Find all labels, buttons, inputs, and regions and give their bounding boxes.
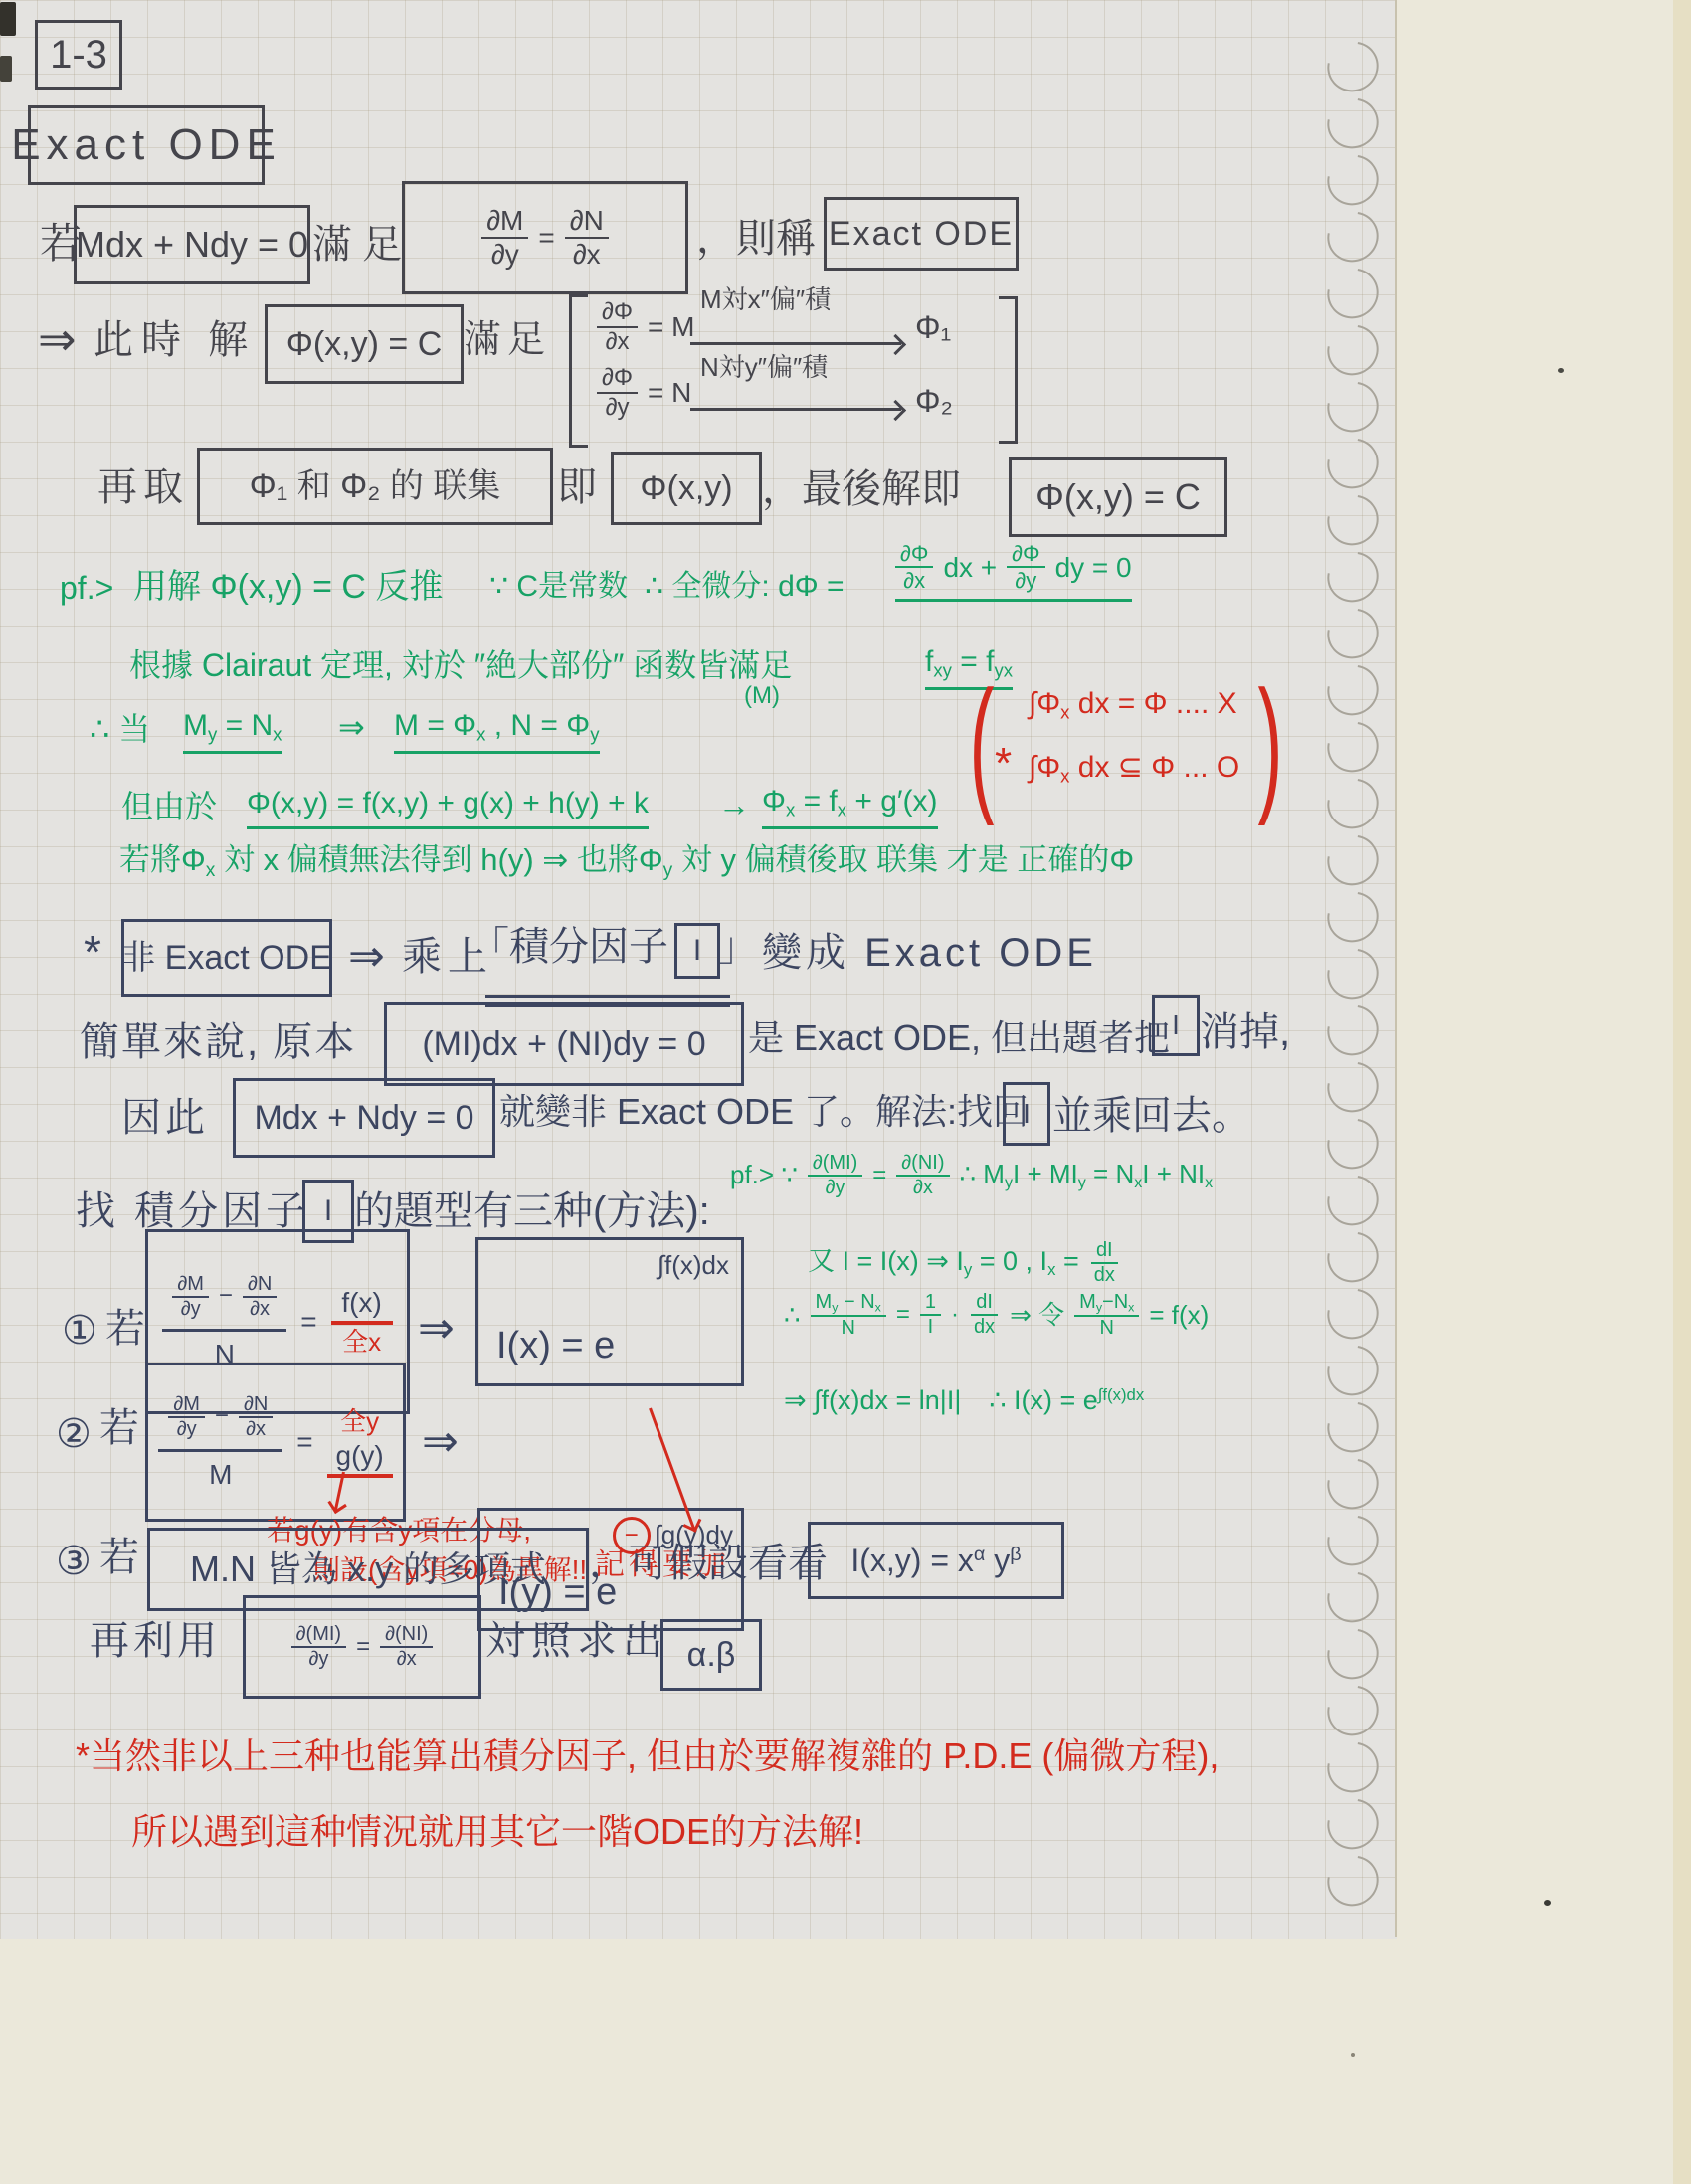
denominator: ∂y bbox=[486, 239, 524, 271]
row6-multiply-back: 並乘回去。 bbox=[1052, 1092, 1251, 1140]
numerator: ∂Φ bbox=[895, 541, 933, 568]
phi-x-equation: ∂Φ∂x = M bbox=[597, 298, 694, 355]
exponent: ∫f(x)dx bbox=[1098, 1385, 1144, 1404]
page-number-box: 1-3 bbox=[35, 20, 122, 90]
phix-equation: Φx = fx + g′(x) bbox=[762, 784, 938, 829]
row4-quote-open: 「積分因子 bbox=[470, 923, 668, 971]
method2-number: ② bbox=[56, 1410, 92, 1458]
pf-marker: pf.> ∵ bbox=[730, 1160, 798, 1190]
denominator: ∂x bbox=[241, 1418, 271, 1441]
dPhi-dy-fraction: ∂Φ∂y bbox=[1007, 541, 1044, 594]
proof-implies: ⇒ bbox=[338, 708, 365, 746]
proof-since: ∵ C是常数 bbox=[489, 569, 628, 605]
left-bracket bbox=[569, 294, 588, 448]
total-differential-formula: ∂Φ∂x dx + ∂Φ∂y dy = 0 bbox=[895, 541, 1132, 602]
proof-use: 用解 Φ(x,y) = C 反推 bbox=[133, 567, 443, 608]
my-nx-over-n: My − NxN bbox=[811, 1291, 886, 1340]
row4-becomes: 變成 Exact ODE bbox=[762, 929, 1097, 977]
denominator: ∂y bbox=[601, 394, 635, 422]
dM-dy-fraction: ∂M∂y bbox=[172, 1273, 209, 1321]
union-box: Φ₁ 和 Φ₂ 的 联集 bbox=[197, 448, 553, 525]
mi-ni-equation: (MI)dx + (NI)dy = 0 bbox=[422, 1024, 705, 1065]
equals-sign: = bbox=[872, 1162, 886, 1190]
phi-y-equation: ∂Φ∂y = N bbox=[597, 364, 691, 421]
method3-number: ③ bbox=[56, 1538, 92, 1585]
dMI-dy-fraction: ∂(MI)∂y bbox=[808, 1152, 862, 1199]
integration-arrow-1 bbox=[690, 342, 901, 345]
final-solution: Φ(x,y) = C bbox=[1035, 475, 1201, 518]
method2-condition-box: ∂M∂y − ∂N∂x M = 全y g(y) bbox=[145, 1363, 406, 1522]
scan-speck bbox=[1558, 368, 1564, 373]
polynomial-condition: M.N 皆為 x.y 的多項式 bbox=[190, 1547, 546, 1590]
row7-types: 的題型有三种(方法): bbox=[354, 1187, 710, 1235]
denominator: dx bbox=[1089, 1264, 1120, 1287]
expanded-equation: ∴ MyI + MIy = NxI + NIx bbox=[960, 1159, 1214, 1192]
equals-sign: = bbox=[896, 1301, 910, 1330]
aside-paren-left: ( bbox=[969, 668, 994, 818]
dI-dx-fraction: dIdx bbox=[969, 1291, 1000, 1339]
method3-compare: 対照求出 bbox=[485, 1617, 668, 1665]
numerator: ∂(NI) bbox=[896, 1152, 949, 1177]
all-x-note: 全x bbox=[342, 1327, 381, 1358]
dM-dy-fraction: ∂M∂y bbox=[168, 1393, 205, 1441]
numerator: 1 bbox=[920, 1291, 941, 1316]
method3-assume: ，可假設看看 bbox=[589, 1540, 828, 1587]
scan-speck bbox=[0, 2, 16, 36]
phi-solution-box: Φ(x,y) = C bbox=[265, 304, 464, 384]
phi1: Φ₁ bbox=[915, 308, 951, 346]
method3-condition: ∂(MI)∂y = ∂(NI)∂x bbox=[291, 1623, 434, 1671]
proof2-line3: ∴ My − NxN = 1I · dIdx ⇒ 令 My−NxN = f(x) bbox=[784, 1291, 1209, 1340]
denominator: I bbox=[923, 1316, 939, 1339]
dN-dx-fraction: ∂N∂x bbox=[565, 205, 609, 271]
phi-xy: Φ(x,y) bbox=[640, 468, 732, 509]
denominator: ∂x bbox=[601, 328, 635, 356]
red-underline bbox=[331, 1321, 393, 1325]
arrow2-label: N対y″偏″積 bbox=[700, 352, 828, 383]
ixy-box: I(x,y) = xα yβ bbox=[808, 1522, 1064, 1599]
clairaut-theorem: 根據 Clairaut 定理, 対於 ″絶大部份″ 函数皆滿足 bbox=[129, 646, 792, 684]
row3-finally: ，最後解即 bbox=[762, 465, 961, 513]
dPhi-dx-fraction: ∂Φ∂x bbox=[895, 541, 933, 594]
integration-arrow-2 bbox=[690, 408, 901, 411]
proof2-line4: ⇒ ∫f(x)dx = ln|I| ∴ I(x) = e∫f(x)dx bbox=[784, 1384, 1144, 1416]
method1-if: 若 bbox=[105, 1305, 145, 1353]
right-bracket bbox=[999, 296, 1018, 444]
numerator: dI bbox=[1091, 1239, 1118, 1264]
denominator: dx bbox=[969, 1316, 1000, 1339]
gy-function: g(y) bbox=[336, 1439, 384, 1473]
denominator: ∂x bbox=[245, 1298, 275, 1321]
arrow1-label: M対x″偏″積 bbox=[700, 284, 831, 315]
numerator: ∂(MI) bbox=[291, 1623, 346, 1648]
ixy-assumption: I(x,y) = xα yβ bbox=[850, 1542, 1021, 1579]
row2-this-solution: 此時 解 bbox=[94, 316, 256, 364]
row1-satisfies: 滿足 bbox=[312, 221, 412, 269]
exact-ode-label: Exact ODE bbox=[829, 214, 1014, 255]
numerator: ∂(NI) bbox=[380, 1623, 433, 1648]
row6-becomes: 就變非 Exact ODE 了。解法:找回 bbox=[499, 1090, 1029, 1133]
row6-thus: 因此 bbox=[121, 1094, 209, 1142]
denominator: ∂x bbox=[392, 1648, 422, 1671]
footer-line1: *当然非以上三种也能算出積分因子, 但由於要解複雜的 P.D.E (偏微方程), bbox=[76, 1734, 1219, 1777]
m-label: (M) bbox=[744, 682, 780, 711]
denominator: ∂y bbox=[176, 1298, 206, 1321]
page-title: Exact ODE bbox=[11, 119, 282, 172]
scan-speck bbox=[0, 56, 12, 82]
denominator: ∂y bbox=[1010, 568, 1041, 593]
dN-dx-fraction: ∂N∂x bbox=[243, 1273, 277, 1321]
fx-function: f(x) bbox=[341, 1286, 381, 1320]
row4-implies: ⇒ bbox=[348, 931, 385, 984]
row3-take: 再取 bbox=[97, 463, 189, 511]
integrating-factor: I bbox=[693, 933, 701, 969]
final-solution-box: Φ(x,y) = C bbox=[1009, 457, 1227, 537]
big-fraction: ∂M∂y − ∂N∂x M bbox=[158, 1393, 282, 1492]
equals-sign: = bbox=[296, 1425, 312, 1459]
denominator: ∂y bbox=[821, 1177, 850, 1199]
phi2: Φ₂ bbox=[915, 382, 953, 420]
row1-then-called: ，則稱 bbox=[696, 215, 816, 263]
non-exact-box: 非 Exact ODE bbox=[121, 919, 332, 997]
numerator: ∂Φ bbox=[597, 364, 638, 394]
union-text: Φ₁ 和 Φ₂ 的 联集 bbox=[250, 466, 501, 507]
integrating-factor-box: I bbox=[674, 923, 720, 979]
method1-result: I(x) = e bbox=[496, 1324, 615, 1369]
aside-line2: ∫Φx dx ⊆ Φ ... O bbox=[1029, 750, 1239, 788]
my-nx-over-n: My−NxN bbox=[1074, 1291, 1139, 1340]
aside-line1: ∫Φx dx = Φ .... X bbox=[1029, 686, 1237, 724]
proof-marker: pf.> bbox=[60, 569, 113, 607]
row3-ie: 即 bbox=[557, 463, 597, 511]
non-exact-label: 非 Exact ODE bbox=[121, 938, 332, 979]
ode-equation: Mdx + Ndy = 0 bbox=[76, 223, 308, 266]
integrating-factor-box: I bbox=[1003, 1082, 1050, 1146]
scan-edge-strip bbox=[1673, 0, 1691, 2184]
dN-dx-fraction: ∂N∂x bbox=[239, 1393, 273, 1441]
equals-sign: = bbox=[300, 1305, 316, 1339]
numerator: ∂N bbox=[243, 1273, 277, 1298]
ode-equation: Mdx + Ndy = 0 bbox=[254, 1098, 473, 1139]
exactness-condition-box: ∂M∂y = ∂N∂x bbox=[402, 181, 688, 294]
method2-if: 若 bbox=[99, 1404, 139, 1452]
numerator: ∂(MI) bbox=[808, 1152, 862, 1177]
numerator: ∂Φ bbox=[597, 298, 638, 328]
proof-note: 若將Φx 対 x 偏積無法得到 h(y) ⇒ 也將Φy 対 y 偏積後取 联集 … bbox=[119, 841, 1134, 882]
numerator: ∂M bbox=[168, 1393, 205, 1418]
numerator: ∂M bbox=[172, 1273, 209, 1298]
numerator: dI bbox=[971, 1291, 998, 1316]
red-underline bbox=[327, 1474, 393, 1478]
proof2-line1: pf.> ∵ ∂(MI)∂y = ∂(NI)∂x ∴ MyI + MIy = N… bbox=[730, 1152, 1213, 1199]
i-of-x: 又 I = I(x) ⇒ Iy = 0 , Ix = bbox=[808, 1245, 1079, 1280]
dPhi-dy-fraction: ∂Φ∂y bbox=[597, 364, 638, 421]
numerator: ∂N bbox=[565, 205, 609, 239]
integral-ln: ⇒ ∫f(x)dx = ln|I| bbox=[784, 1384, 961, 1416]
row4-quote-close: 」 bbox=[718, 923, 758, 971]
row5-simply: 簡單來說, 原本 bbox=[80, 1018, 356, 1066]
aside-paren-right: ) bbox=[1257, 668, 1282, 818]
dNI-dx-fraction: ∂(NI)∂x bbox=[896, 1152, 949, 1199]
numerator: My−Nx bbox=[1074, 1291, 1139, 1317]
method2-condition: ∂M∂y − ∂N∂x M = 全y g(y) bbox=[158, 1393, 392, 1492]
exact-ode-box: Exact ODE bbox=[824, 197, 1019, 271]
aside-star: * bbox=[995, 738, 1012, 791]
denominator: ∂y bbox=[303, 1648, 333, 1671]
gy-column: 全y g(y) bbox=[327, 1406, 393, 1479]
phi-xy-box: Φ(x,y) bbox=[611, 452, 762, 525]
denominator: ∂y bbox=[172, 1418, 202, 1441]
one-over-i: 1I bbox=[920, 1291, 941, 1339]
scan-speck bbox=[1544, 1900, 1551, 1906]
dPhi-dx-fraction: ∂Φ∂x bbox=[597, 298, 638, 355]
denominator: ∂x bbox=[898, 568, 930, 593]
dI-dx-fraction: dIdx bbox=[1089, 1239, 1120, 1287]
alpha-beta-box: α.β bbox=[660, 1619, 762, 1691]
big-fraction: ∂M∂y − ∂N∂x N bbox=[162, 1273, 286, 1371]
ode-box: Mdx + Ndy = 0 bbox=[233, 1078, 495, 1158]
minus-sign: − bbox=[215, 1402, 229, 1431]
dot-operator: · bbox=[951, 1301, 959, 1330]
equals-sign: = bbox=[538, 221, 554, 255]
numerator: ∂Φ bbox=[1007, 541, 1044, 568]
proof-arrow: → bbox=[718, 786, 750, 823]
notebook-page: 1-3 Exact ODE 若 Mdx + Ndy = 0 滿足 ∂M∂y = … bbox=[0, 0, 1691, 2184]
m-phix-n-phiy: M = Φx , N = Φy bbox=[394, 708, 600, 754]
equals-M: = M bbox=[648, 310, 694, 344]
let-marker: ⇒ 令 bbox=[1010, 1300, 1064, 1331]
row2-satisfies: 滿足 bbox=[464, 318, 551, 364]
equals-N: = N bbox=[648, 376, 691, 410]
method1-result-box: I(x) = e ∫f(x)dx bbox=[475, 1237, 744, 1386]
equals-fx: = f(x) bbox=[1149, 1300, 1209, 1331]
integrating-factor: I bbox=[1172, 1008, 1180, 1042]
phi-expansion: Φ(x,y) = f(x,y) + g(x) + h(y) + k bbox=[247, 786, 649, 829]
integrating-factor: I bbox=[1023, 1097, 1031, 1131]
method3-if: 若 bbox=[99, 1534, 139, 1581]
row4-star: * bbox=[84, 925, 101, 980]
dy-term: dy = 0 bbox=[1055, 551, 1132, 585]
numerator: ∂N bbox=[239, 1393, 273, 1418]
method1-condition: ∂M∂y − ∂N∂x N = f(x) 全x bbox=[162, 1273, 392, 1371]
integrating-factor-box: I bbox=[1152, 995, 1200, 1056]
proof-but: 但由於 bbox=[121, 788, 217, 825]
phi-solution: Φ(x,y) = C bbox=[286, 324, 443, 365]
my-eq-nx: My = Nx bbox=[183, 708, 282, 754]
integrating-factor: I bbox=[324, 1193, 332, 1229]
method3-condition-box: ∂(MI)∂y = ∂(NI)∂x bbox=[243, 1595, 481, 1699]
denominator: N bbox=[1095, 1317, 1119, 1340]
minus-sign: − bbox=[219, 1282, 233, 1311]
result: ∴ I(x) = e bbox=[989, 1385, 1097, 1415]
equals-sign: = bbox=[356, 1633, 370, 1662]
scan-speck bbox=[1351, 2053, 1355, 2057]
method2-implies: ⇒ bbox=[422, 1416, 459, 1469]
numerator: ∂M bbox=[481, 205, 528, 239]
page-number: 1-3 bbox=[50, 31, 107, 79]
alpha-beta: α.β bbox=[687, 1635, 736, 1676]
big-denominator: M bbox=[209, 1452, 232, 1492]
fx-column: f(x) 全x bbox=[331, 1286, 393, 1359]
row5-is-exact: 是 Exact ODE, 但出題者把 bbox=[748, 1016, 1170, 1059]
therefore: ∴ bbox=[784, 1300, 801, 1331]
method1-exponent: ∫f(x)dx bbox=[658, 1250, 729, 1281]
row5-removed: 消掉, bbox=[1200, 1008, 1290, 1056]
method3-use: 再利用 bbox=[90, 1617, 221, 1665]
proof-when: ∴ 当 bbox=[90, 710, 150, 748]
row2-implies: ⇒ bbox=[38, 312, 77, 367]
row7-find: 找 積分因子 bbox=[76, 1187, 309, 1235]
dx-term: dx + bbox=[943, 551, 997, 585]
mi-ni-box: (MI)dx + (NI)dy = 0 bbox=[384, 1002, 744, 1086]
denominator: ∂x bbox=[908, 1177, 938, 1199]
dM-dy-fraction: ∂M∂y bbox=[481, 205, 528, 271]
denominator: ∂x bbox=[568, 239, 606, 271]
method1-number: ① bbox=[62, 1307, 97, 1355]
exactness-condition: ∂M∂y = ∂N∂x bbox=[481, 205, 609, 271]
result-with-exp: ∴ I(x) = e∫f(x)dx bbox=[989, 1384, 1144, 1416]
proof-total-differential: ∴ 全微分: dΦ = bbox=[645, 569, 845, 605]
denominator: N bbox=[836, 1317, 859, 1340]
page-edge-line bbox=[1395, 0, 1397, 1937]
all-y-note: 全y bbox=[340, 1406, 379, 1437]
numerator: My − Nx bbox=[811, 1291, 886, 1317]
ode-box: Mdx + Ndy = 0 bbox=[74, 205, 310, 284]
method1-implies: ⇒ bbox=[418, 1303, 455, 1356]
dMI-dy-fraction: ∂(MI)∂y bbox=[291, 1623, 346, 1671]
dNI-dx-fraction: ∂(NI)∂x bbox=[380, 1623, 433, 1671]
title-box: Exact ODE bbox=[28, 105, 265, 185]
proof2-line2: 又 I = I(x) ⇒ Iy = 0 , Ix = dIdx bbox=[808, 1239, 1120, 1287]
footer-line2: 所以遇到這种情況就用其它一階ODE的方法解! bbox=[131, 1810, 863, 1853]
